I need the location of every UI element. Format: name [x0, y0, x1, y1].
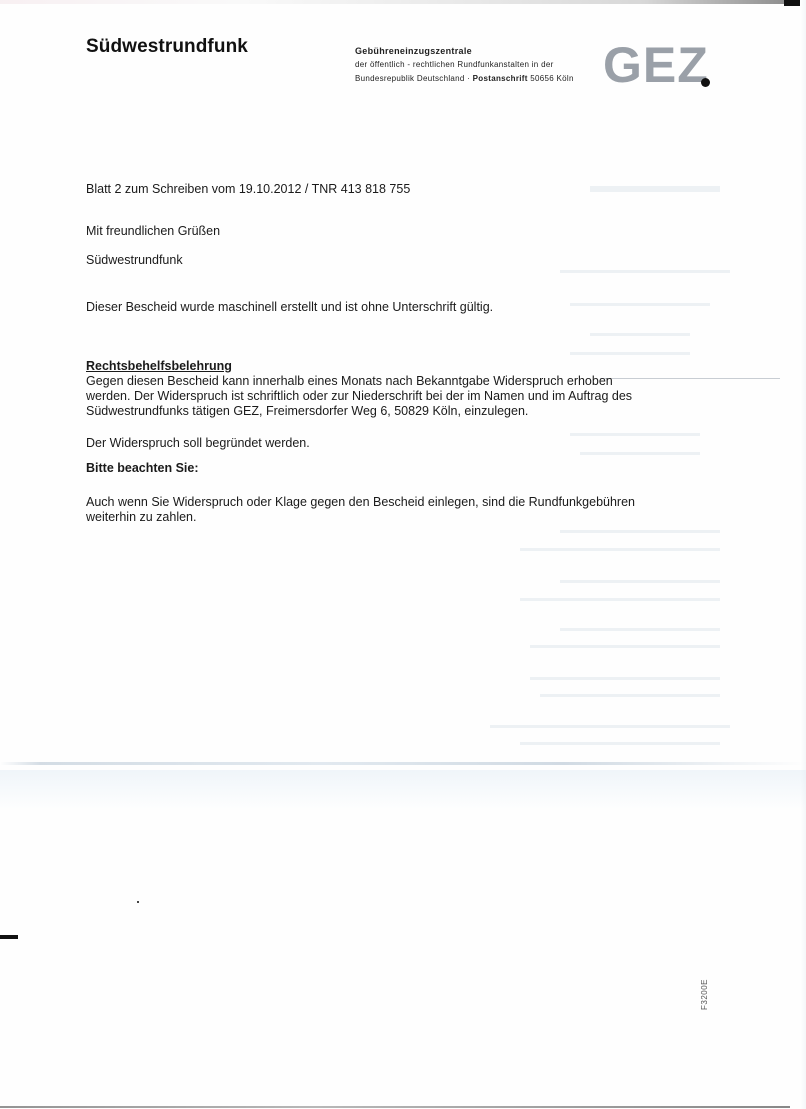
bleed-through-text: [560, 580, 720, 583]
legal-remedy-heading: Rechtsbehelfsbelehrung: [86, 359, 232, 374]
bleed-through-text: [590, 186, 720, 192]
legal-remedy-text: Gegen diesen Bescheid kann innerhalb ein…: [86, 374, 686, 419]
bleed-through-text: [520, 742, 720, 745]
punch-mark: [0, 935, 18, 939]
bleed-through-text: [520, 548, 720, 551]
scan-speck: [137, 901, 139, 903]
notice-text: Auch wenn Sie Widerspruch oder Klage geg…: [86, 495, 686, 525]
bleed-through-text: [520, 598, 720, 601]
scan-edge-bottom: [0, 1106, 790, 1108]
form-code: F3200E: [700, 979, 709, 1010]
page-reference: Blatt 2 zum Schreiben vom 19.10.2012 / T…: [86, 182, 410, 197]
bleed-through-text: [580, 452, 700, 455]
justification-note: Der Widerspruch soll begründet werden.: [86, 436, 310, 451]
gez-address-block: Gebühreneinzugszentrale der öffentlich -…: [355, 44, 574, 86]
bleed-through-text: [560, 628, 720, 631]
legal-remedy-line: werden. Der Widerspruch ist schriftlich …: [86, 389, 686, 404]
notice-heading: Bitte beachten Sie:: [86, 461, 199, 476]
gez-country: Bundesrepublik Deutschland ·: [355, 74, 473, 83]
bleed-through-text: [530, 645, 720, 648]
gez-logo: GEZ: [603, 40, 709, 90]
bleed-through-text: [560, 530, 720, 533]
scan-edge-right: [800, 0, 806, 1109]
gez-subtitle-line1: der öffentlich - rechtlichen Rundfunkans…: [355, 58, 574, 72]
bleed-through-text: [590, 333, 690, 336]
paper-fold-shadow: [0, 770, 806, 810]
closing-signature: Südwestrundfunk: [86, 253, 183, 268]
gez-title: Gebühreneinzugszentrale: [355, 44, 574, 58]
gez-postal-address: 50656 Köln: [528, 74, 574, 83]
legal-remedy-line: Südwestrundfunks tätigen GEZ, Freimersdo…: [86, 404, 686, 419]
bleed-through-text: [570, 433, 700, 436]
paper-fold-line: [0, 762, 806, 765]
legal-remedy-line: Gegen diesen Bescheid kann innerhalb ein…: [86, 374, 686, 389]
gez-logo-dot: [701, 78, 710, 87]
sender-name: Südwestrundfunk: [86, 36, 248, 58]
gez-subtitle-line2: Bundesrepublik Deutschland · Postanschri…: [355, 72, 574, 86]
notice-line: weiterhin zu zahlen.: [86, 510, 686, 525]
bleed-through-text: [560, 270, 730, 273]
notice-line: Auch wenn Sie Widerspruch oder Klage geg…: [86, 495, 686, 510]
bleed-through-text: [530, 677, 720, 680]
bleed-through-text: [570, 303, 710, 306]
scanned-document-page: Südwestrundfunk Gebühreneinzugszentrale …: [0, 0, 806, 1109]
bleed-through-text: [540, 694, 720, 697]
bleed-through-text: [570, 352, 690, 355]
machine-generated-note: Dieser Bescheid wurde maschinell erstell…: [86, 300, 493, 315]
gez-postal-label: Postanschrift: [473, 74, 528, 83]
bleed-through-text: [490, 725, 730, 728]
closing-greeting: Mit freundlichen Grüßen: [86, 224, 220, 239]
scan-edge-top: [0, 0, 806, 4]
